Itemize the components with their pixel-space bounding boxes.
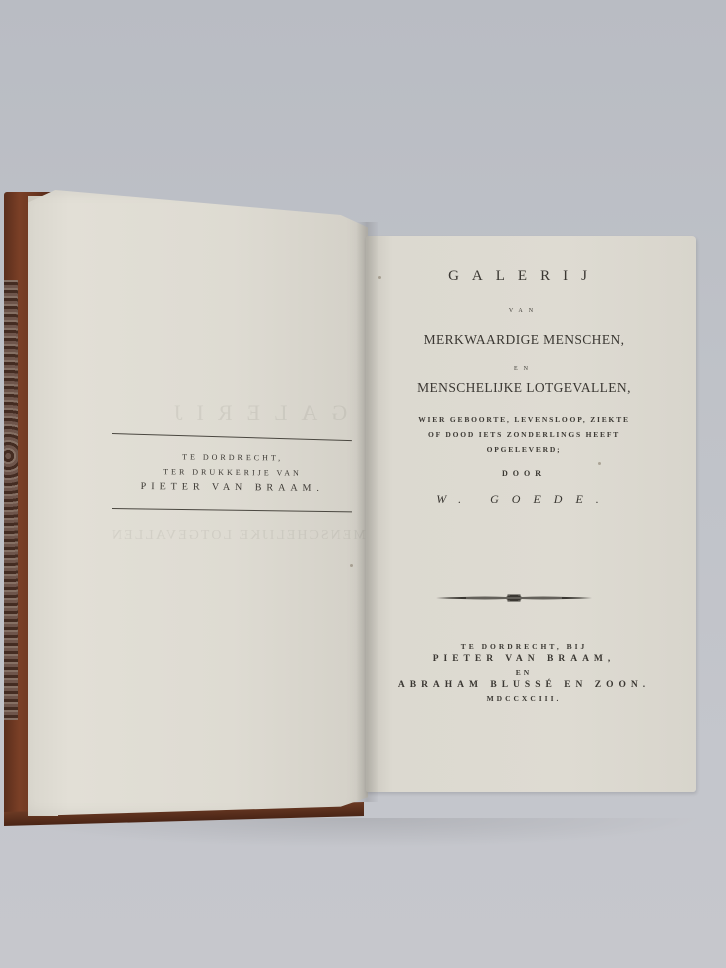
paper-speck [598,462,601,465]
subtitle: WIER GEBOORTE, LEVENSLOOP, ZIEKTE OF DOO… [374,412,674,457]
title-line-2: MENSCHELIJKE LOTGEVALLEN, [374,380,674,396]
imprint-line-3: EN [374,666,674,679]
marbled-cover-edge [4,280,18,720]
title-van: VAN [374,308,674,314]
subtitle-line-1: WIER GEBOORTE, LEVENSLOOP, ZIEKTE [374,412,674,427]
show-through-title: GALERIJ [160,400,347,426]
door-label: DOOR [374,469,674,478]
imprint-year: MDCCXCIII. [374,692,674,705]
show-through-line: MENSCHELIJKE LOTGEVALLEN [110,528,366,544]
paper-speck [378,276,381,279]
subtitle-line-3: OPGELEVERD; [374,442,674,457]
ornament-rule-icon [436,592,592,604]
author-name: W. GOEDE. [374,492,674,507]
imprint-line-4: ABRAHAM BLUSSÉ EN ZOON. [374,679,674,692]
title-line-1: MERKWAARDIGE MENSCHEN, [374,332,674,348]
imprint-block: TE DORDRECHT, BIJ PIETER VAN BRAAM, EN A… [374,640,674,705]
colophon-block: TE DORDRECHT, TER DRUKKERIJE VAN PIETER … [110,449,355,497]
imprint-line-2: PIETER VAN BRAAM, [374,653,674,666]
title-en: EN [374,366,674,372]
colophon-line-3: PIETER VAN BRAAM. [110,479,355,497]
subtitle-line-2: OF DOOD IETS ZONDERLINGS HEEFT [374,427,674,442]
photo-scene: GALERIJ MENSCHELIJKE LOTGEVALLEN TE DORD… [0,0,726,968]
imprint-line-1: TE DORDRECHT, BIJ [374,640,674,653]
left-page [28,190,368,816]
title-block: GALERIJ VAN MERKWAARDIGE MENSCHEN, EN ME… [374,268,674,507]
paper-speck [350,564,353,567]
book-title: GALERIJ [374,268,674,285]
